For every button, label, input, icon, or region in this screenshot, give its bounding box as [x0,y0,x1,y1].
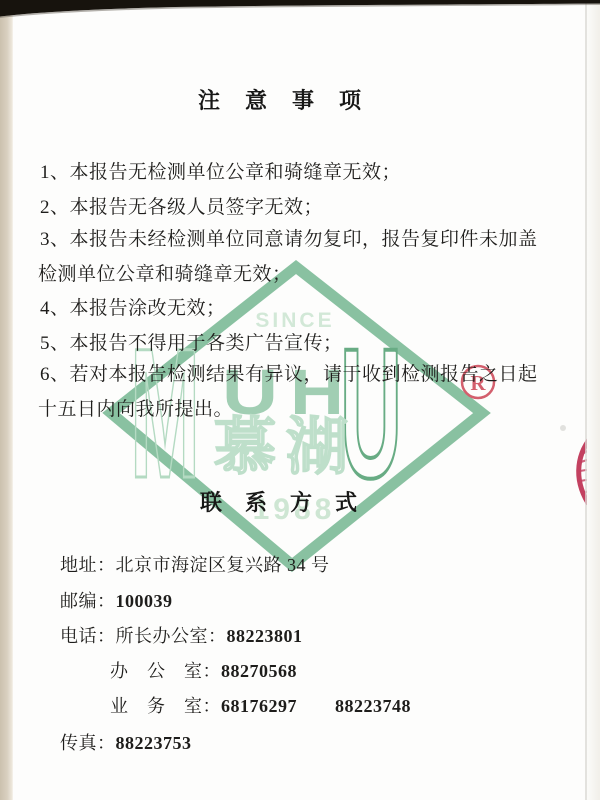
document-page: SINCE M U H U R 慕湖 1988 注意事项 [0,0,600,800]
notice-line-3: 3、本报告未经检测单位同意请勿复印，报告复印件未加盖 [40,224,538,251]
notice-line-6: 6、若对本报告检测结果有异议，请于收到检测报告之日起 [40,359,538,386]
contact-heading: 联系方式 [200,486,380,517]
watermark-chinese-text: 慕湖 [214,413,358,482]
phone-row3-value2: 88223748 [335,696,411,716]
notice-line-3b: 检测单位公章和骑缝章无效； [38,259,292,286]
page-title: 注意事项 [198,84,386,115]
phone-row3-value: 68176297 [221,696,297,716]
notice-line-6b: 十五日内向我所提出。 [38,394,233,421]
notice-line-4: 4、本报告涂改无效； [40,293,226,320]
page-right-edge-line [585,0,587,800]
notice-line-5: 5、本报告不得用于各类广告宣传； [40,328,343,355]
fax-value: 88223753 [116,733,192,753]
notice-line-2: 2、本报告无各级人员签字无效； [40,192,323,219]
notice-line-1: 1、本报告无检测单位公章和骑缝章无效； [40,157,401,184]
fax-label: 传真： [60,733,116,753]
page-top-edge-shadow [0,0,600,20]
fax-line: 传真：88223753 [40,708,192,776]
page-right-margin-shading [587,0,600,800]
page-left-edge-strip [0,0,13,800]
